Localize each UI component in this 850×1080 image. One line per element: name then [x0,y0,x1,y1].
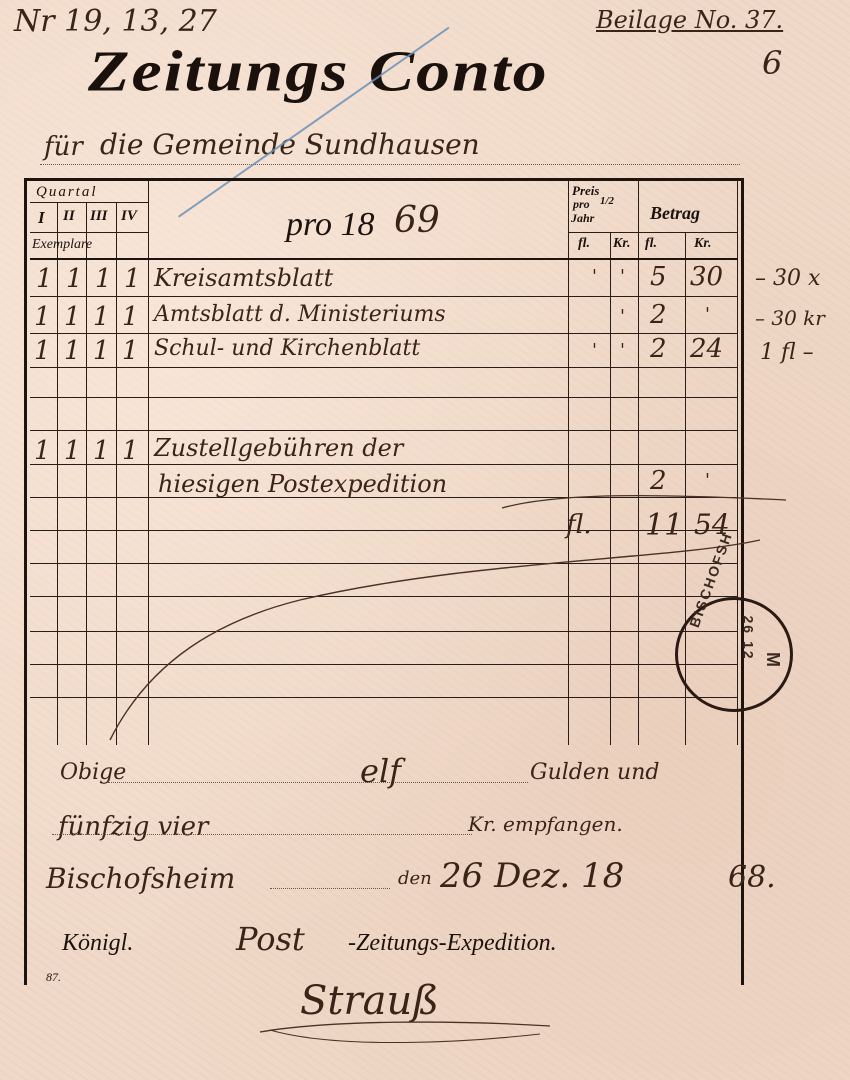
postmark-date: 26 12 [741,615,757,660]
postmark-stamp: BISCHOFSH 26 12 M [675,597,793,712]
row-item: hiesigen Postexpedition [158,470,447,498]
row-q1: 1 [34,302,51,332]
document-title: Zeitungs Conto [88,38,549,105]
receipt-date: 26 Dez. 18 [440,856,624,896]
addressee-dotted-line [40,164,740,165]
header-quarter-4: IV [121,208,137,225]
row-margin-note: – 30 kr [755,306,825,330]
header-quartal: Quartal [36,184,98,201]
row-preis-kr: ' [620,340,625,361]
table-top-rule [24,179,744,181]
attachment-reference: Beilage No. 37. [596,6,783,34]
row-q2: 1 [64,436,81,466]
row-rule [30,333,738,334]
row-q1: 1 [34,436,51,466]
row-item: Amtsblatt d. Ministeriums [154,302,446,327]
header-quarter-3: III [90,208,108,225]
row-q4: 1 [122,302,139,332]
row-rule [30,296,738,297]
row-item: Schul- und Kirchenblatt [154,336,420,361]
row-q1: 1 [36,264,53,294]
row-q2: 1 [64,336,81,366]
receipt-gulden: Gulden und [530,760,659,785]
signature-flourish [250,1010,560,1060]
row-q4: 1 [124,264,141,294]
row-preis-kr: ' [620,266,625,287]
office-prefix: Königl. [62,930,133,957]
row-preis-fl: ' [592,340,597,361]
row-betrag-fl: 2 [650,334,667,364]
row-preis-fl: ' [592,266,597,287]
row-q3: 1 [93,336,110,366]
row-rule [30,397,738,398]
header-rule-quartal [30,202,148,203]
addressee-handwritten: die Gemeinde Sundhausen [100,128,480,161]
receipt-kreuzer-words: fünfzig vier [58,812,208,842]
header-preis-pro: pro [573,197,590,212]
header-rule-subcols [568,232,738,233]
header-betrag-fl: fl. [645,236,657,252]
header-rule-exemplare [30,232,148,233]
receipt-empfangen: Kr. empfangen. [468,812,623,836]
header-preis-fl: fl. [578,236,590,252]
receipt-dotted-line-2 [52,834,472,835]
row-margin-note: 1 fl – [760,340,814,365]
row-q3: 1 [95,264,112,294]
receipt-dotted-line-1 [108,782,528,783]
addressee-prefix: für [44,132,83,162]
form-number: 87. [46,970,61,985]
reference-number: Nr 19, 13, 27 [14,4,217,39]
row-q3: 1 [93,302,110,332]
receipt-den: den [398,868,432,889]
header-quarter-1: I [38,208,45,228]
receipt-dotted-line-3 [270,888,390,889]
header-preis-jahr: Jahr [571,211,594,226]
row-betrag-kr: 30 [690,262,723,292]
year-handwritten: 69 [394,200,440,241]
header-preis-fraction: 1/2 [600,195,614,207]
receipt-place: Bischofsheim [46,862,235,895]
row-q3: 1 [93,436,110,466]
row-betrag-kr: 24 [690,334,723,364]
row-rule [30,367,738,368]
year-label: pro 18 [286,206,374,244]
row-betrag-kr: ' [705,304,710,325]
header-exemplare: Exemplare [32,237,92,253]
header-bottom-rule [30,258,738,260]
row-betrag-fl: 2 [650,300,667,330]
row-q1: 1 [34,336,51,366]
row-q2: 1 [64,302,81,332]
row-item: Zustellgebühren der [154,434,403,462]
header-betrag: Betrag [650,203,700,224]
header-preis-kr: Kr. [613,236,631,252]
row-q4: 1 [122,336,139,366]
row-rule [30,430,738,431]
office-suffix: -Zeitungs-Expedition. [348,930,557,957]
postmark-suffix: M [762,652,783,669]
cancel-stroke [50,520,770,750]
row-q2: 1 [66,264,83,294]
attachment-extra-number: 6 [762,44,782,82]
row-betrag-fl: 5 [650,262,667,292]
header-quarter-2: II [63,208,75,225]
row-preis-kr: ' [620,306,625,327]
office-handwritten: Post [236,920,305,958]
row-item: Kreisamtsblatt [154,264,333,292]
row-q4: 1 [122,436,139,466]
receipt-amount-words: elf [360,752,401,790]
header-betrag-kr: Kr. [694,236,712,252]
receipt-date-year: 68. [728,860,776,895]
row-margin-note: – 30 x [755,266,820,291]
